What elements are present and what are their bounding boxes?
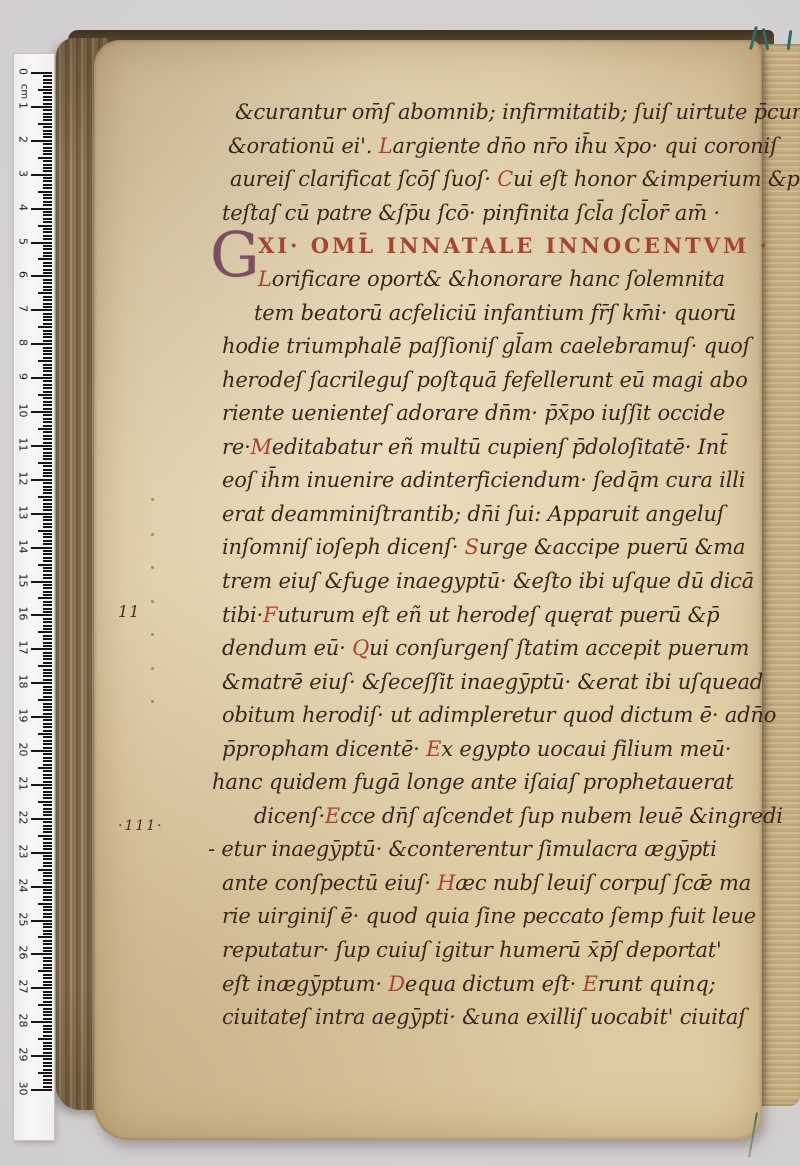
text-segment: &curantur om̄ſ abomnib; infirmitatib; ſu… bbox=[235, 100, 800, 124]
ruler-mm-tick bbox=[43, 831, 52, 833]
ruler-cm-tick bbox=[31, 987, 52, 989]
ruler-cm-tick bbox=[31, 682, 52, 684]
ruler-cm-tick bbox=[31, 750, 52, 752]
ruler-number: 22 bbox=[17, 808, 30, 826]
ruler-mm-tick bbox=[43, 435, 52, 437]
ruler-number: 20 bbox=[17, 741, 30, 759]
ruler-number: 2 bbox=[17, 130, 30, 148]
ruler-mm-tick bbox=[43, 923, 52, 925]
ruler-mm-tick bbox=[43, 696, 52, 698]
ruler-mm-tick bbox=[43, 730, 52, 732]
ruler-cm-tick bbox=[31, 1089, 52, 1091]
manuscript-line: p̄propham dicentē· Ex egypto uocaui fili… bbox=[222, 734, 731, 764]
ruler-cm-tick bbox=[31, 513, 52, 515]
ruler-cm-tick bbox=[31, 377, 52, 379]
rubricated-letter: NATALE bbox=[421, 233, 545, 258]
ruler-mm-tick bbox=[38, 1038, 52, 1040]
manuscript-line: inſomniſ ioſeph dicenſ· Surge &accipe pu… bbox=[222, 532, 745, 562]
ruler-mm-tick bbox=[43, 909, 52, 911]
ruler-number: 23 bbox=[17, 842, 30, 860]
ruler-mm-tick bbox=[43, 536, 52, 538]
ruler-mm-tick bbox=[43, 808, 52, 810]
ruler-mm-tick bbox=[43, 364, 52, 366]
text-segment: x egypto uocaui filium meū· bbox=[441, 737, 731, 761]
manuscript-line: &matrē eiuſ· &ſeceſſit inaegȳptū· &erat … bbox=[222, 667, 763, 697]
ruler-mm-tick bbox=[43, 1048, 52, 1050]
ruler-mm-tick bbox=[43, 875, 52, 877]
ruler-mm-tick bbox=[43, 319, 52, 321]
rubricated-letter: E bbox=[426, 737, 441, 761]
ruler-mm-tick bbox=[43, 611, 52, 613]
rubricated-letter: Q bbox=[352, 636, 369, 660]
ruler-mm-tick bbox=[43, 964, 52, 966]
ruler-mm-tick bbox=[43, 482, 52, 484]
ruler-mm-tick bbox=[43, 574, 52, 576]
manuscript-line: riente uenienteſ adorare dn̄m· p̄x̄po iu… bbox=[222, 398, 725, 428]
manuscript-line: aureiſ clarificat ſcōſ ſuoſ· Cui eſt hon… bbox=[230, 164, 800, 194]
ruler-cm-tick bbox=[31, 784, 52, 786]
ruler-mm-tick bbox=[43, 842, 52, 844]
ruler-number: 26 bbox=[17, 944, 30, 962]
ruler-mm-tick bbox=[38, 767, 52, 769]
ruler-mm-tick bbox=[43, 303, 52, 305]
ruler-mm-tick bbox=[43, 221, 52, 223]
ruler-mm-tick bbox=[43, 594, 52, 596]
ruler-number: 28 bbox=[17, 1012, 30, 1030]
ruler-mm-tick bbox=[43, 401, 52, 403]
ruler-cm-tick bbox=[31, 72, 52, 74]
ruler-mm-tick bbox=[43, 421, 52, 423]
ruler-mm-tick bbox=[43, 892, 52, 894]
ruler-mm-tick bbox=[43, 414, 52, 416]
ruler-mm-tick bbox=[43, 103, 52, 105]
ruler-cm-tick bbox=[31, 1021, 52, 1023]
ruler-mm-tick bbox=[43, 872, 52, 874]
ruler-mm-tick bbox=[43, 543, 52, 545]
ruler-mm-tick bbox=[43, 231, 52, 233]
ruler-mm-tick bbox=[38, 733, 52, 735]
ruler-mm-tick bbox=[43, 943, 52, 945]
ruler-mm-tick bbox=[38, 292, 52, 294]
ruler-mm-tick bbox=[38, 903, 52, 905]
ruler-mm-tick bbox=[43, 214, 52, 216]
ruler-mm-tick bbox=[43, 289, 52, 291]
ruler-mm-tick bbox=[43, 899, 52, 901]
ruler-mm-tick bbox=[43, 994, 52, 996]
ruler-mm-tick bbox=[43, 1045, 52, 1047]
text-segment: runt quinq; bbox=[598, 972, 716, 996]
ruler-mm-tick bbox=[38, 665, 52, 667]
ruler-mm-tick bbox=[43, 703, 52, 705]
ruler-mm-tick bbox=[43, 882, 52, 884]
ruler-mm-tick bbox=[43, 560, 52, 562]
ruler-mm-tick bbox=[43, 906, 52, 908]
cm-ruler: 0123456789101112131415161718192021222324… bbox=[14, 54, 54, 1140]
text-segment: reputatur· ſup cuiuſ igitur humerū x̄p̄ſ… bbox=[222, 938, 722, 962]
ruler-mm-tick bbox=[43, 425, 52, 427]
ruler-mm-tick bbox=[43, 448, 52, 450]
rubricated-letter: L bbox=[258, 267, 272, 291]
ruler-mm-tick bbox=[43, 347, 52, 349]
ruler-mm-tick bbox=[43, 550, 52, 552]
ruler-mm-tick bbox=[43, 838, 52, 840]
rubricated-letter: M bbox=[251, 435, 272, 459]
manuscript-line: hanc quidem fugā longe ante iſaiaſ proph… bbox=[212, 767, 734, 797]
ruler-mm-tick bbox=[43, 1086, 52, 1088]
ruler-mm-tick bbox=[43, 499, 52, 501]
ruler-number: 5 bbox=[17, 232, 30, 250]
ruler-mm-tick bbox=[43, 475, 52, 477]
ruler-mm-tick bbox=[43, 740, 52, 742]
ruler-number: 15 bbox=[17, 571, 30, 589]
manuscript-line: trem eiuſ &fuge inaegyptū· &eſto ibi uſq… bbox=[222, 566, 754, 596]
ruler-cm-tick bbox=[31, 445, 52, 447]
purple-letter: IN bbox=[546, 233, 581, 258]
ruler-cm-tick bbox=[31, 411, 52, 413]
ruler-mm-tick bbox=[43, 235, 52, 237]
text-segment: obitum herodiſ· ut adimpleretur quod dic… bbox=[222, 703, 776, 727]
ruler-number: 29 bbox=[17, 1046, 30, 1064]
ruler-cm-tick bbox=[31, 886, 52, 888]
ruler-mm-tick bbox=[43, 787, 52, 789]
rubricated-letter: E bbox=[583, 972, 598, 996]
ruler-mm-tick bbox=[43, 265, 52, 267]
ruler-mm-tick bbox=[43, 153, 52, 155]
ruler-mm-tick bbox=[43, 726, 52, 728]
ruler-mm-tick bbox=[43, 143, 52, 145]
ruler-cm-tick bbox=[31, 614, 52, 616]
manuscript-line: teſtaſ cū patre &ſp̄u ſcō· pinfinita ſcl… bbox=[222, 198, 720, 228]
ruler-mm-tick bbox=[43, 391, 52, 393]
ruler-number: 6 bbox=[17, 266, 30, 284]
ruler-cm-tick bbox=[31, 208, 52, 210]
manuscript-line: reputatur· ſup cuiuſ igitur humerū x̄p̄ſ… bbox=[222, 935, 722, 965]
ruler-mm-tick bbox=[43, 604, 52, 606]
ruler-mm-tick bbox=[43, 438, 52, 440]
ruler-mm-tick bbox=[38, 970, 52, 972]
ruler-mm-tick bbox=[43, 913, 52, 915]
ruler-mm-tick bbox=[38, 157, 52, 159]
ruler-cm-tick bbox=[31, 479, 52, 481]
ruler-mm-tick bbox=[43, 567, 52, 569]
ruler-mm-tick bbox=[43, 455, 52, 457]
text-segment: dendum eū· bbox=[222, 636, 352, 660]
ruler-mm-tick bbox=[43, 296, 52, 298]
ruler-mm-tick bbox=[43, 323, 52, 325]
ruler-mm-tick bbox=[38, 462, 52, 464]
ruler-mm-tick bbox=[43, 974, 52, 976]
ruler-mm-tick bbox=[43, 957, 52, 959]
ruler-mm-tick bbox=[43, 584, 52, 586]
ruler-mm-tick bbox=[43, 1011, 52, 1013]
ruler-number: 16 bbox=[17, 605, 30, 623]
quire-mark-upper: 11 bbox=[118, 602, 140, 621]
text-segment: tibi· bbox=[222, 603, 263, 627]
decorated-initial-G: G bbox=[210, 224, 260, 286]
ruler-mm-tick bbox=[43, 99, 52, 101]
ruler-mm-tick bbox=[43, 825, 52, 827]
pricking-dot bbox=[151, 498, 154, 501]
rubricated-letter: C bbox=[497, 167, 513, 191]
ruler-mm-tick bbox=[43, 404, 52, 406]
ruler-mm-tick bbox=[38, 191, 52, 193]
pricking-dot bbox=[151, 633, 154, 636]
text-segment: aureiſ clarificat ſcōſ ſuoſ· bbox=[230, 167, 497, 191]
ruler-mm-tick bbox=[43, 794, 52, 796]
text-segment: æc nubſ leuiſ corpuſ ſcǣ ma bbox=[455, 871, 751, 895]
ruler-mm-tick bbox=[43, 770, 52, 772]
ruler-mm-tick bbox=[43, 570, 52, 572]
ruler-mm-tick bbox=[43, 981, 52, 983]
ruler-mm-tick bbox=[43, 489, 52, 491]
ruler-mm-tick bbox=[43, 635, 52, 637]
ruler-number: 12 bbox=[17, 469, 30, 487]
text-segment: inſomniſ ioſeph dicenſ· bbox=[222, 535, 465, 559]
ruler-mm-tick bbox=[43, 350, 52, 352]
ruler-cm-tick bbox=[31, 343, 52, 345]
ruler-mm-tick bbox=[43, 896, 52, 898]
ruler-mm-tick bbox=[43, 370, 52, 372]
ruler-mm-tick bbox=[43, 642, 52, 644]
ruler-cm-tick bbox=[31, 648, 52, 650]
text-segment: eoſ ih̄m inuenire adinterficiendum· ſedq… bbox=[222, 468, 745, 492]
ruler-mm-tick bbox=[43, 719, 52, 721]
ruler-mm-tick bbox=[43, 977, 52, 979]
ruler-mm-tick bbox=[43, 1058, 52, 1060]
ruler-mm-tick bbox=[38, 801, 52, 803]
ruler-mm-tick bbox=[43, 170, 52, 172]
ruler-cm-tick bbox=[31, 275, 52, 277]
ruler-mm-tick bbox=[43, 228, 52, 230]
ruler-mm-tick bbox=[43, 238, 52, 240]
ruler-mm-tick bbox=[43, 286, 52, 288]
ruler-mm-tick bbox=[43, 960, 52, 962]
ruler-mm-tick bbox=[38, 936, 52, 938]
manuscript-line: erat deamminiſtrantib; dn̄i ſui: Apparui… bbox=[222, 499, 724, 529]
ruler-mm-tick bbox=[43, 652, 52, 654]
ruler-mm-tick bbox=[43, 855, 52, 857]
ruler-number: 27 bbox=[17, 978, 30, 996]
text-segment: p̄propham dicentē· bbox=[222, 737, 426, 761]
ruler-mm-tick bbox=[43, 86, 52, 88]
manuscript-line: re·Meditabatur eñ multū cupienſ p̄doloſi… bbox=[222, 432, 727, 462]
ruler-mm-tick bbox=[43, 950, 52, 952]
ruler-mm-tick bbox=[38, 835, 52, 837]
ruler-number: 19 bbox=[17, 707, 30, 725]
text-segment: tem beatorū acfeliciū infantium fr̄ſ km̄… bbox=[254, 301, 736, 325]
ruler-mm-tick bbox=[43, 201, 52, 203]
rubricated-letter: L bbox=[379, 134, 393, 158]
ruler-mm-tick bbox=[43, 313, 52, 315]
ruler-number: 7 bbox=[17, 300, 30, 318]
book-fore-edge-pages bbox=[760, 44, 800, 1106]
ruler-mm-tick bbox=[43, 150, 52, 152]
ruler-mm-tick bbox=[43, 387, 52, 389]
ruler-mm-tick bbox=[43, 587, 52, 589]
ruler-mm-tick bbox=[43, 862, 52, 864]
ruler-mm-tick bbox=[38, 699, 52, 701]
ruler-mm-tick bbox=[43, 167, 52, 169]
ruler-unit-label: cm bbox=[19, 83, 30, 101]
ruler-mm-tick bbox=[38, 258, 52, 260]
ruler-mm-tick bbox=[43, 119, 52, 121]
ruler-mm-tick bbox=[43, 608, 52, 610]
text-segment: - etur inaegȳptū· &conterentur ſimulacra… bbox=[208, 837, 717, 861]
ruler-mm-tick bbox=[43, 109, 52, 111]
ruler-mm-tick bbox=[43, 533, 52, 535]
ruler-number: 17 bbox=[17, 639, 30, 657]
ruler-mm-tick bbox=[38, 360, 52, 362]
manuscript-line: rie uirginiſ ē· quod quia ſine peccato ſ… bbox=[222, 901, 756, 931]
ruler-mm-tick bbox=[43, 662, 52, 664]
ruler-mm-tick bbox=[43, 655, 52, 657]
ruler-mm-tick bbox=[43, 1028, 52, 1030]
text-segment: herodeſ ſacrileguſ poſtquā fefellerunt e… bbox=[222, 368, 748, 392]
ruler-mm-tick bbox=[43, 1031, 52, 1033]
ruler-mm-tick bbox=[43, 272, 52, 274]
ruler-mm-tick bbox=[43, 194, 52, 196]
rubricated-letter: E bbox=[325, 804, 340, 828]
rubricated-letter: S bbox=[465, 535, 479, 559]
ruler-mm-tick bbox=[43, 686, 52, 688]
ruler-mm-tick bbox=[43, 279, 52, 281]
ruler-number: 4 bbox=[17, 198, 30, 216]
ruler-cm-tick bbox=[31, 106, 52, 108]
ruler-number: 18 bbox=[17, 673, 30, 691]
text-segment: ui conſurgenſ ſtatim accepit puerum bbox=[369, 636, 749, 660]
ruler-mm-tick bbox=[43, 184, 52, 186]
ruler-mm-tick bbox=[38, 428, 52, 430]
rubricated-letter: D bbox=[388, 972, 405, 996]
manuscript-line: eoſ ih̄m inuenire adinterficiendum· ſedq… bbox=[222, 465, 745, 495]
ruler-mm-tick bbox=[43, 516, 52, 518]
ruler-mm-tick bbox=[38, 564, 52, 566]
ruler-mm-tick bbox=[43, 262, 52, 264]
ruler-mm-tick bbox=[43, 1025, 52, 1027]
text-segment: ui eſt honor &imperium &po bbox=[513, 167, 800, 191]
manuscript-line: hodie triumphalē paſſioniſ gl̄am caelebr… bbox=[222, 331, 750, 361]
text-segment: uturum eſt eñ ut herodeſ quęrat puerū &p… bbox=[277, 603, 719, 627]
ruler-number: 14 bbox=[17, 537, 30, 555]
ruler-mm-tick bbox=[43, 130, 52, 132]
ruler-mm-tick bbox=[43, 638, 52, 640]
ruler-mm-tick bbox=[43, 506, 52, 508]
ruler-mm-tick bbox=[43, 713, 52, 715]
ruler-mm-tick bbox=[38, 1004, 52, 1006]
ruler-mm-tick bbox=[43, 136, 52, 138]
pricking-dot bbox=[151, 700, 154, 703]
ruler-mm-tick bbox=[43, 797, 52, 799]
ruler-mm-tick bbox=[43, 282, 52, 284]
rubric-title: XI· OML̄ INNATALE INNOCENTVM · bbox=[258, 233, 770, 258]
ruler-mm-tick bbox=[43, 753, 52, 755]
ruler-mm-tick bbox=[43, 204, 52, 206]
ruler-number: 24 bbox=[17, 876, 30, 894]
ruler-number: 30 bbox=[17, 1080, 30, 1098]
ruler-mm-tick bbox=[43, 1079, 52, 1081]
ruler-number: 3 bbox=[17, 164, 30, 182]
ruler-mm-tick bbox=[43, 658, 52, 660]
ruler-mm-tick bbox=[43, 858, 52, 860]
ruler-mm-tick bbox=[43, 777, 52, 779]
ruler-mm-tick bbox=[43, 984, 52, 986]
ruler-mm-tick bbox=[43, 967, 52, 969]
manuscript-line: herodeſ ſacrileguſ poſtquā fefellerunt e… bbox=[222, 365, 748, 395]
ruler-mm-tick bbox=[43, 997, 52, 999]
ruler-mm-tick bbox=[43, 469, 52, 471]
ruler-number: 0 bbox=[17, 63, 30, 81]
ruler-mm-tick bbox=[43, 374, 52, 376]
ruler-mm-tick bbox=[43, 723, 52, 725]
ruler-mm-tick bbox=[38, 496, 52, 498]
ruler-mm-tick bbox=[43, 519, 52, 521]
ruler-mm-tick bbox=[43, 736, 52, 738]
ruler-mm-tick bbox=[43, 299, 52, 301]
ruler-mm-tick bbox=[43, 147, 52, 149]
text-segment: hodie triumphalē paſſioniſ gl̄am caelebr… bbox=[222, 334, 750, 358]
ruler-cm-tick bbox=[31, 140, 52, 142]
text-segment: erat deamminiſtrantib; dn̄i ſui: Apparui… bbox=[222, 502, 724, 526]
ruler-cm-tick bbox=[31, 309, 52, 311]
ruler-mm-tick bbox=[43, 760, 52, 762]
ruler-mm-tick bbox=[43, 743, 52, 745]
ruler-mm-tick bbox=[43, 757, 52, 759]
ruler-mm-tick bbox=[43, 82, 52, 84]
pricking-dot bbox=[151, 600, 154, 603]
ruler-mm-tick bbox=[38, 89, 52, 91]
ruler-mm-tick bbox=[43, 523, 52, 525]
rubricated-letter: H bbox=[437, 871, 455, 895]
ruler-mm-tick bbox=[43, 577, 52, 579]
ruler-cm-tick bbox=[31, 581, 52, 583]
ruler-mm-tick bbox=[43, 791, 52, 793]
ruler-mm-tick bbox=[43, 1069, 52, 1071]
ruler-mm-tick bbox=[43, 804, 52, 806]
pricking-dot bbox=[151, 533, 154, 536]
ruler-mm-tick bbox=[43, 96, 52, 98]
text-segment: &orationū ei'. bbox=[228, 134, 379, 158]
ruler-cm-tick bbox=[31, 716, 52, 718]
ruler-mm-tick bbox=[43, 1062, 52, 1064]
text-segment: ante conſpectū eiuſ· bbox=[222, 871, 437, 895]
ruler-mm-tick bbox=[38, 631, 52, 633]
ruler-mm-tick bbox=[43, 486, 52, 488]
ruler-mm-tick bbox=[43, 180, 52, 182]
ruler-mm-tick bbox=[43, 672, 52, 674]
ruler-mm-tick bbox=[43, 821, 52, 823]
rubricated-letter: OML̄ bbox=[311, 233, 387, 258]
ruler-mm-tick bbox=[43, 357, 52, 359]
ruler-mm-tick bbox=[43, 306, 52, 308]
ruler-mm-tick bbox=[38, 225, 52, 227]
text-segment: dicenſ· bbox=[254, 804, 325, 828]
ruler-mm-tick bbox=[43, 1035, 52, 1037]
ruler-mm-tick bbox=[43, 865, 52, 867]
ruler-mm-tick bbox=[43, 408, 52, 410]
ruler-mm-tick bbox=[43, 442, 52, 444]
ruler-mm-tick bbox=[43, 255, 52, 257]
ruler-mm-tick bbox=[43, 418, 52, 420]
ruler-mm-tick bbox=[43, 431, 52, 433]
manuscript-line: eſt inægȳptum· Dequa dictum eſt· Erunt q… bbox=[222, 969, 715, 999]
text-segment: cce dn̄ſ aſcendet ſup nubem leuē &ingred… bbox=[340, 804, 783, 828]
ruler-mm-tick bbox=[43, 509, 52, 511]
ruler-mm-tick bbox=[43, 1018, 52, 1020]
ruler-mm-tick bbox=[43, 1001, 52, 1003]
text-segment: equa dictum eſt· bbox=[405, 972, 583, 996]
ruler-mm-tick bbox=[43, 1075, 52, 1077]
text-segment: &matrē eiuſ· &ſeceſſit inaegȳptū· &erat … bbox=[222, 670, 763, 694]
